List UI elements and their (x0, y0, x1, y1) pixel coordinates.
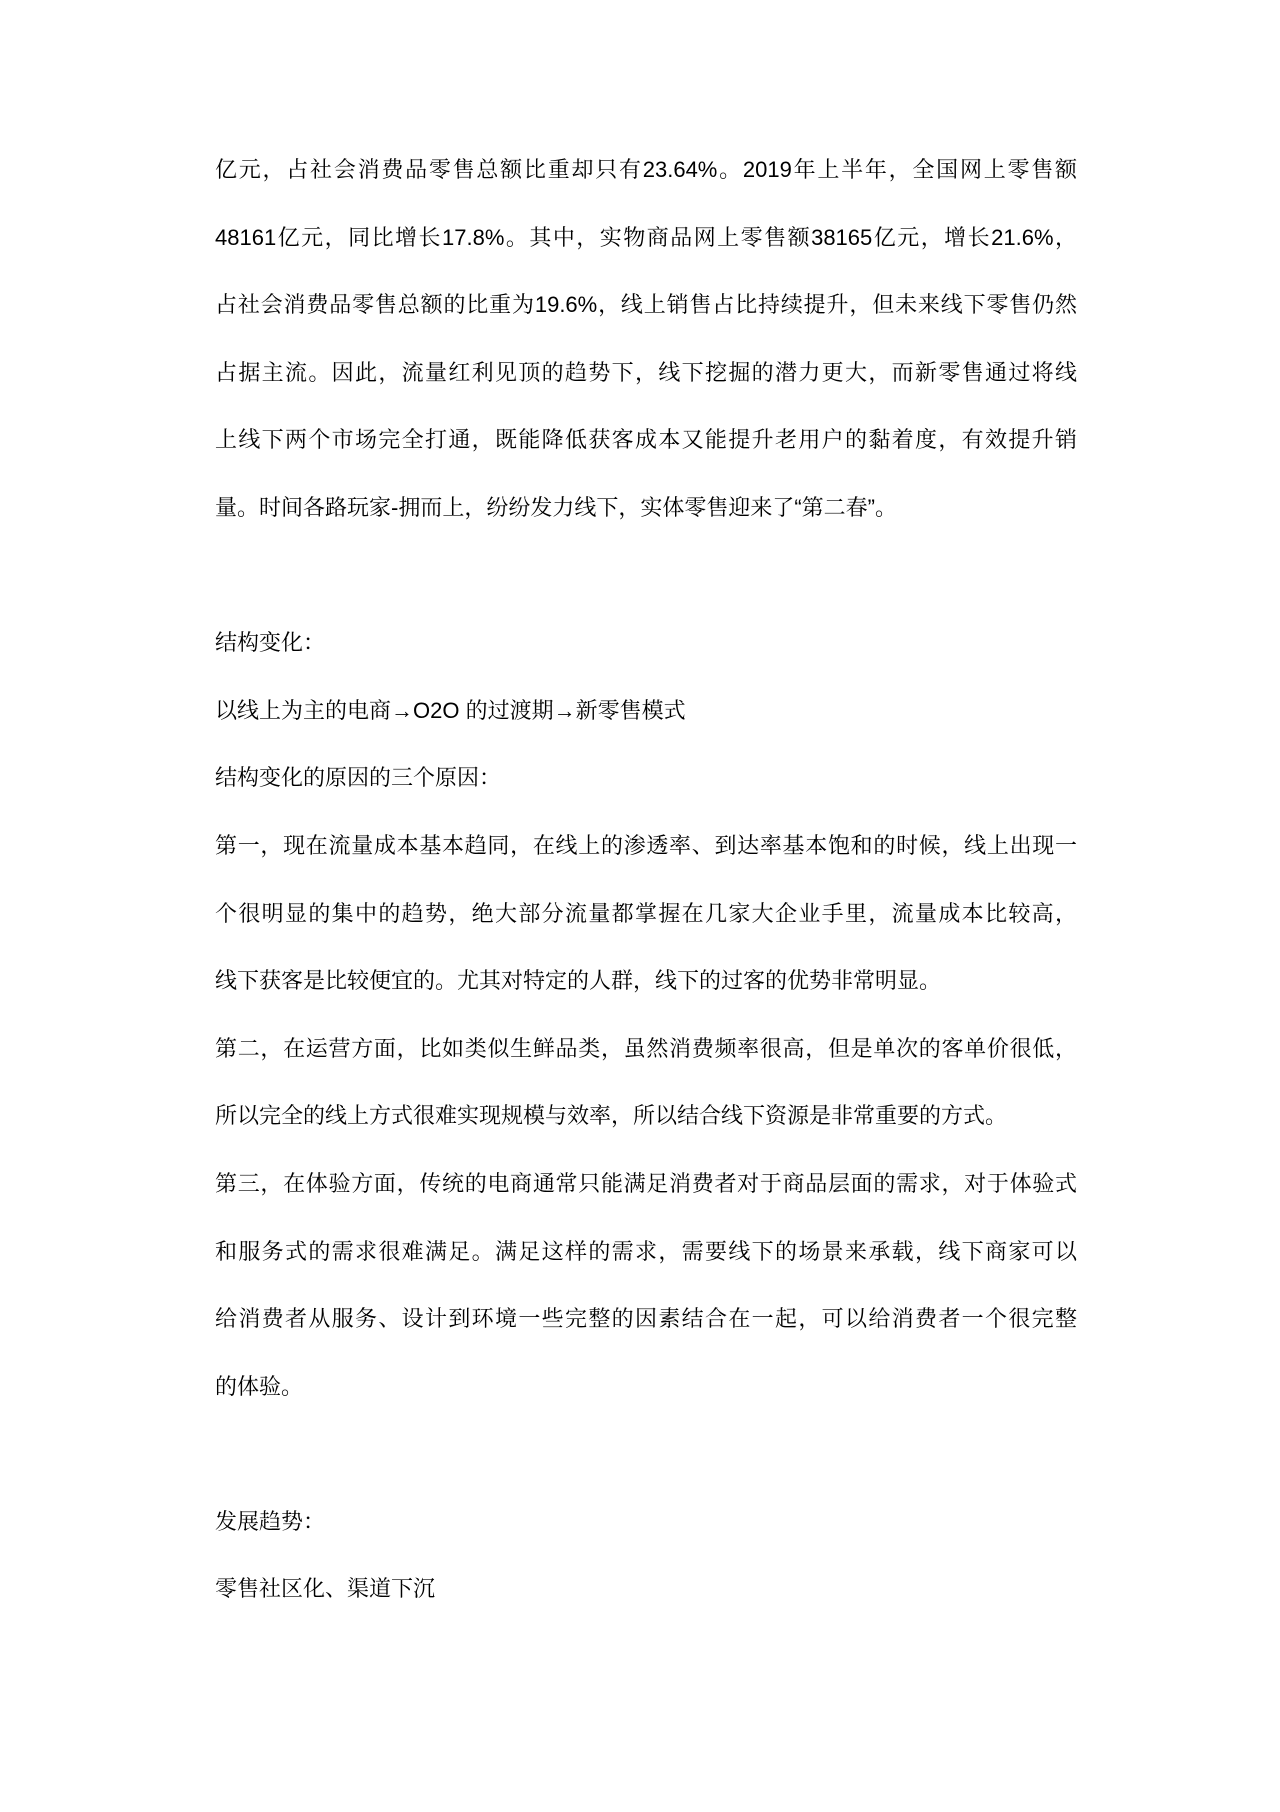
body-text-line: 量。时间各路玩家-拥而上，纷纷发力线下，实体零售迎来了“第二春”。 (215, 474, 1077, 542)
body-text-line: 占社会消费品零售总额的比重为19.6%，线上销售占比持续提升，但未来线下零售仍然 (215, 271, 1077, 339)
body-text-line: 个很明显的集中的趋势，绝大部分流量都掌握在几家大企业手里，流量成本比较高， (215, 880, 1077, 948)
section-heading: 发展趋势： (215, 1488, 1077, 1556)
document-page: 亿元，占社会消费品零售总额比重却只有23.64%。2019年上半年，全国网上零售… (0, 0, 1280, 1812)
body-text-line: 以线上为主的电商→O2O 的过渡期→新零售模式 (215, 677, 1077, 745)
body-text-line: 占据主流。因此，流量红利见顶的趋势下，线下挖掘的潜力更大，而新零售通过将线 (215, 339, 1077, 407)
body-text-line: 结构变化的原因的三个原因： (215, 744, 1077, 812)
body-text-line: 第二，在运营方面，比如类似生鲜品类，虽然消费频率很高，但是单次的客单价很低， (215, 1015, 1077, 1083)
section-heading: 结构变化： (215, 609, 1077, 677)
blank-line (215, 542, 1077, 610)
body-text-line: 的体验。 (215, 1353, 1077, 1421)
body-text-line: 零售社区化、渠道下沉 (215, 1555, 1077, 1623)
body-text-line: 亿元，占社会消费品零售总额比重却只有23.64%。2019年上半年，全国网上零售… (215, 136, 1077, 204)
body-text-line: 上线下两个市场完全打通，既能降低获客成本又能提升老用户的黏着度，有效提升销 (215, 406, 1077, 474)
body-text-line: 所以完全的线上方式很难实现规模与效率，所以结合线下资源是非常重要的方式。 (215, 1082, 1077, 1150)
body-text-line: 48161亿元，同比增长17.8%。其中，实物商品网上零售额38165亿元，增长… (215, 204, 1077, 272)
document-body: 亿元，占社会消费品零售总额比重却只有23.64%。2019年上半年，全国网上零售… (215, 136, 1077, 1623)
body-text-line: 第一，现在流量成本基本趋同，在线上的渗透率、到达率基本饱和的时候，线上出现一 (215, 812, 1077, 880)
body-text-line: 和服务式的需求很难满足。满足这样的需求，需要线下的场景来承载，线下商家可以 (215, 1218, 1077, 1286)
body-text-line: 给消费者从服务、设计到环境一些完整的因素结合在一起，可以给消费者一个很完整 (215, 1285, 1077, 1353)
blank-line (215, 1420, 1077, 1488)
body-text-line: 线下获客是比较便宜的。尤其对特定的人群，线下的过客的优势非常明显。 (215, 947, 1077, 1015)
body-text-line: 第三，在体验方面，传统的电商通常只能满足消费者对于商品层面的需求，对于体验式 (215, 1150, 1077, 1218)
